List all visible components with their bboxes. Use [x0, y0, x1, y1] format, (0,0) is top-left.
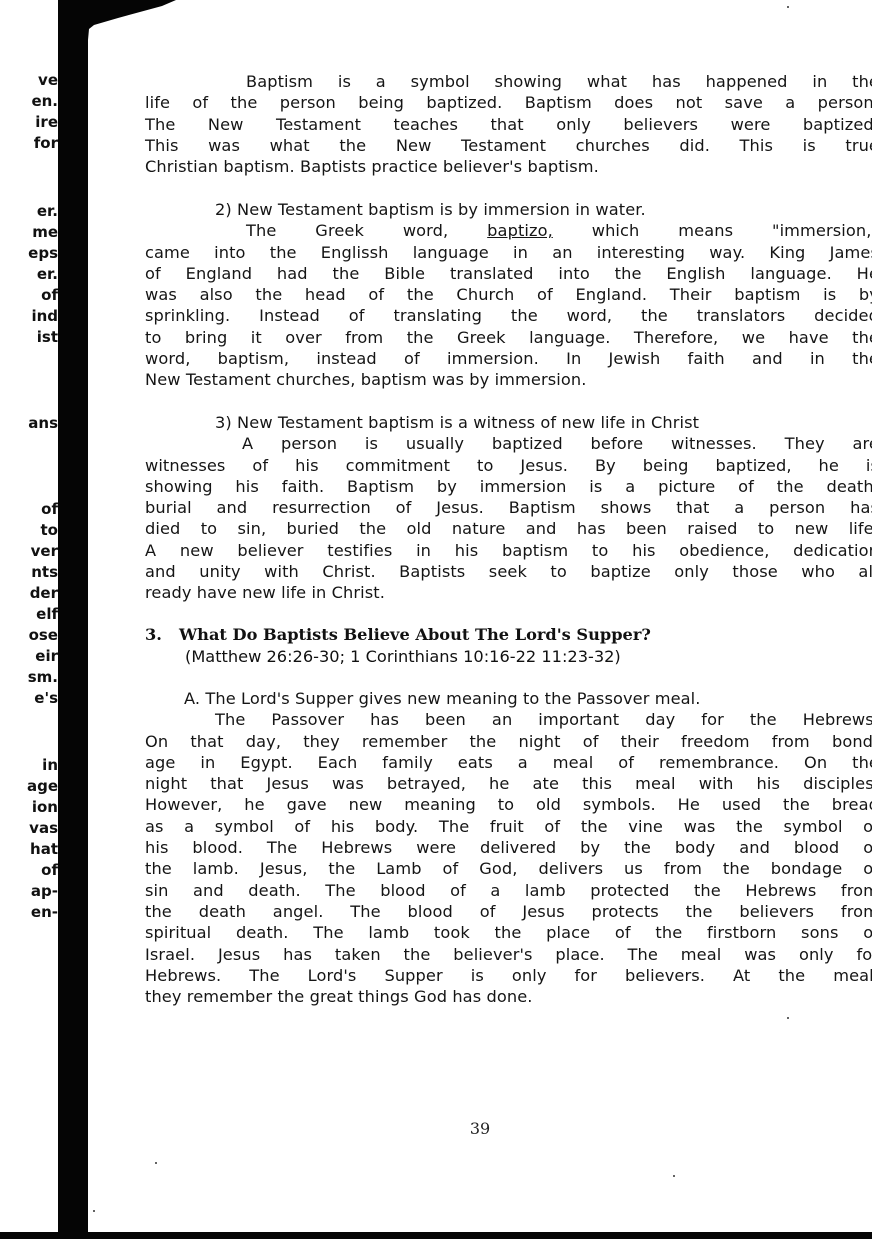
text-fragment: The Greek word, — [246, 221, 487, 240]
margin-text-fragment: of — [41, 860, 58, 881]
margin-text-fragment: for — [34, 133, 58, 154]
paragraph-baptism-symbol: Baptism is a symbol showing what has hap… — [145, 71, 872, 177]
page-number: 39 — [88, 1119, 872, 1138]
margin-text-fragment: er. — [37, 201, 58, 222]
margin-text-fragment: in — [42, 755, 58, 776]
text-line: burial and resurrection of Jesus. Baptis… — [145, 497, 872, 518]
section-title: What Do Baptists Believe About The Lord'… — [179, 625, 651, 644]
scan-speck — [673, 1175, 675, 1177]
scan-speck — [787, 6, 789, 8]
margin-text-fragment: der — [30, 583, 58, 604]
margin-text-fragment: of — [41, 499, 58, 520]
scan-speck — [93, 1210, 95, 1212]
margin-text-fragment: ve — [38, 70, 58, 91]
text-line: the death angel. The blood of Jesus prot… — [145, 901, 872, 922]
margin-text-fragment: ire — [35, 112, 58, 133]
text-line: age in Egypt. Each family eats a meal of… — [145, 752, 872, 773]
text-line: to bring it over from the Greek language… — [145, 327, 872, 348]
margin-text-fragment: vas — [29, 818, 58, 839]
scan-speck — [787, 1017, 789, 1019]
text-line: showing his faith. Baptism by immersion … — [145, 476, 872, 497]
text-line: On that day, they remember the night of … — [145, 731, 872, 752]
section-heading: 3.What Do Baptists Believe About The Lor… — [145, 624, 651, 645]
text-line: of England had the Bible translated into… — [145, 263, 872, 284]
point-a-passover: A. The Lord's Supper gives new meaning t… — [145, 688, 872, 1007]
margin-text-fragment: me — [32, 222, 58, 243]
text-line: The Greek word, baptizo, which means "im… — [145, 220, 872, 241]
text-line: ready have new life in Christ. — [145, 582, 872, 603]
section-number: 3. — [145, 624, 179, 645]
book-page: Baptism is a symbol showing what has hap… — [88, 0, 872, 1232]
text-line: The New Testament teaches that only beli… — [145, 114, 872, 135]
margin-text-fragment: ap- — [31, 881, 58, 902]
text-line: However, he gave new meaning to old symb… — [145, 794, 872, 815]
text-line: his blood. The Hebrews were delivered by… — [145, 837, 872, 858]
text-line: the lamb. Jesus, the Lamb of God, delive… — [145, 858, 872, 879]
margin-text-fragment: ind — [31, 306, 58, 327]
margin-text-fragment: elf — [36, 604, 58, 625]
scripture-references: (Matthew 26:26-30; 1 Corinthians 10:16-2… — [185, 646, 621, 667]
point-2-immersion: 2) New Testament baptism is by immersion… — [145, 199, 872, 391]
point-heading: A. The Lord's Supper gives new meaning t… — [145, 688, 872, 709]
margin-text-fragment: sm. — [28, 667, 58, 688]
point-heading: 2) New Testament baptism is by immersion… — [145, 199, 872, 220]
margin-text-fragment: of — [41, 285, 58, 306]
margin-text-fragment: ist — [37, 327, 58, 348]
margin-text-fragment: age — [27, 776, 58, 797]
text-line: sprinkling. Instead of translating the w… — [145, 305, 872, 326]
text-line: sin and death. The blood of a lamb prote… — [145, 880, 872, 901]
underlined-term: baptizo, — [487, 221, 553, 240]
book-gutter-shadow — [58, 0, 88, 1239]
margin-text-fragment: ans — [28, 413, 58, 434]
text-line: they remember the great things God has d… — [145, 986, 872, 1007]
text-line: as a symbol of his body. The fruit of th… — [145, 816, 872, 837]
margin-text-fragment: er. — [37, 264, 58, 285]
margin-text-fragment: en- — [31, 902, 58, 923]
text-line: was also the head of the Church of Engla… — [145, 284, 872, 305]
margin-text-fragment: eir — [35, 646, 58, 667]
text-line: died to sin, buried the old nature and h… — [145, 518, 872, 539]
text-line: word, baptism, instead of immersion. In … — [145, 348, 872, 369]
text-line: This was what the New Testament churches… — [145, 135, 872, 156]
margin-text-fragment: nts — [31, 562, 58, 583]
text-line: night that Jesus was betrayed, he ate th… — [145, 773, 872, 794]
text-line: Baptism is a symbol showing what has hap… — [145, 71, 872, 92]
text-line: came into the Englissh language in an in… — [145, 242, 872, 263]
margin-text-fragment: hat — [30, 839, 58, 860]
text-line: A person is usually baptized before witn… — [145, 433, 872, 454]
margin-text-fragment: e's — [34, 688, 58, 709]
point-heading: 3) New Testament baptism is a witness of… — [145, 412, 872, 433]
text-line: Hebrews. The Lord's Supper is only for b… — [145, 965, 872, 986]
margin-text-fragment: ver — [31, 541, 58, 562]
text-line: A new believer testifies in his baptism … — [145, 540, 872, 561]
text-line: and unity with Christ. Baptists seek to … — [145, 561, 872, 582]
text-line: Christian baptism. Baptists practice bel… — [145, 156, 872, 177]
margin-text-fragment: en. — [31, 91, 58, 112]
point-3-witness: 3) New Testament baptism is a witness of… — [145, 412, 872, 604]
text-line: New Testament churches, baptism was by i… — [145, 369, 872, 390]
margin-text-fragment: ion — [32, 797, 58, 818]
margin-text-fragment: ose — [29, 625, 58, 646]
margin-text-fragment: eps — [28, 243, 58, 264]
text-line: The Passover has been an important day f… — [145, 709, 872, 730]
text-line: life of the person being baptized. Bapti… — [145, 92, 872, 113]
margin-text-fragment: to — [41, 520, 58, 541]
bottom-scan-edge — [0, 1232, 872, 1239]
text-line: Israel. Jesus has taken the believer's p… — [145, 944, 872, 965]
previous-page-margin: veen.ireforer.meepser.ofindistansoftover… — [0, 0, 58, 1239]
scan-speck — [155, 1162, 157, 1164]
text-line: witnesses of his commitment to Jesus. By… — [145, 455, 872, 476]
text-fragment: which means "immersion," — [553, 221, 872, 240]
text-line: spiritual death. The lamb took the place… — [145, 922, 872, 943]
